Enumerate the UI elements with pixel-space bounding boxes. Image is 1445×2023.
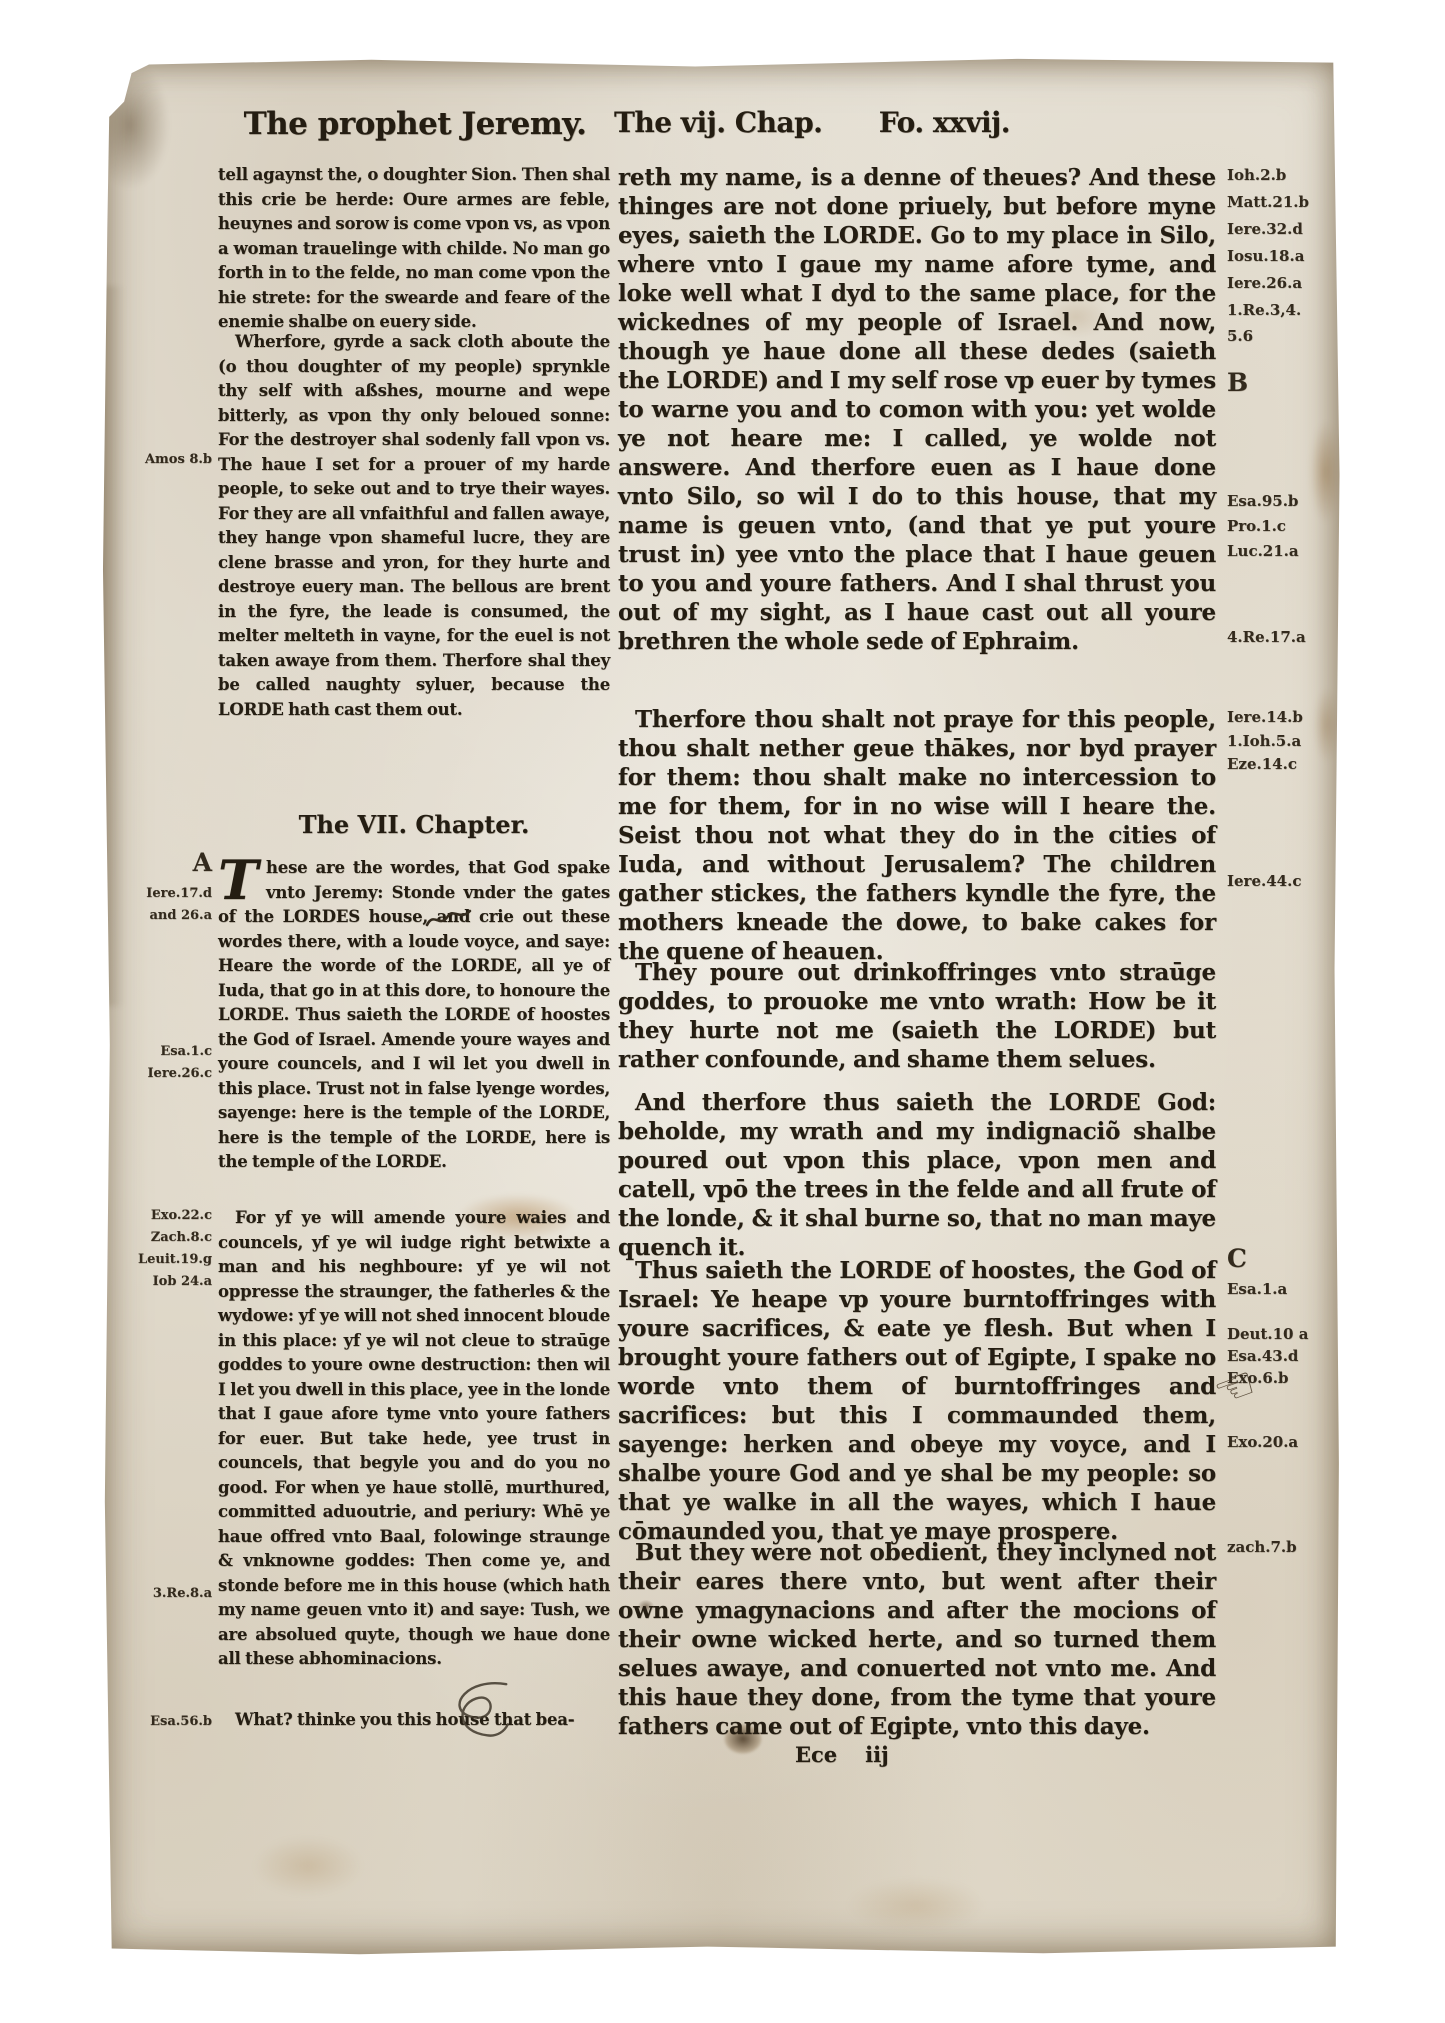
margin-note: 4.Re.17.a — [1227, 628, 1339, 646]
margin-note: Iere.26.a — [1227, 274, 1339, 292]
torn-corner-grime — [90, 60, 170, 190]
margin-note: Iere.17.d — [120, 886, 212, 901]
margin-note: Iere.32.d — [1227, 220, 1339, 238]
chapter-opening-paragraph: These are the wordes, that God spake vnt… — [218, 856, 610, 1175]
margin-note: 1.Re.3,4. — [1227, 301, 1339, 319]
margin-note: Pro.1.c — [1227, 517, 1339, 535]
margin-note: Amos 8.b — [120, 452, 212, 467]
margin-note: Eze.14.c — [1227, 755, 1339, 773]
section-letter: B — [1227, 368, 1339, 397]
right-column-paragraph: Thus saieth the LORDE of hoostes, the Go… — [618, 1256, 1216, 1546]
margin-note: Esa.1.c — [120, 1044, 212, 1059]
margin-note: 1.Ioh.5.a — [1227, 732, 1339, 750]
margin-note: and 26.a — [120, 908, 212, 923]
signature-word: Ece — [795, 1742, 837, 1767]
running-title-left: The prophet Jeremy. — [225, 106, 605, 142]
margin-note: Deut.10 a — [1227, 1325, 1339, 1343]
margin-note: Zach.8.c — [120, 1230, 212, 1245]
margin-note: Esa.1.a — [1227, 1280, 1339, 1298]
paragraph-text: hese are the wordes, that God spake vnto… — [218, 858, 610, 1171]
margin-note: 3.Re.8.a — [120, 1586, 212, 1601]
margin-note: Esa.95.b — [1227, 492, 1339, 510]
left-column-paragraph: Wherfore, gyrde a sack cloth aboute the … — [218, 330, 610, 722]
margin-note: Matt.21.b — [1227, 193, 1339, 211]
foxing-bottom-left — [253, 1836, 363, 1896]
right-column-paragraph: But they were not obedient, they inclyne… — [618, 1538, 1216, 1741]
section-letter: C — [1227, 1244, 1339, 1273]
margin-note: Ioh.2.b — [1227, 166, 1339, 184]
margin-note: Exo.22.c — [120, 1208, 212, 1223]
margin-note: Iere.44.c — [1227, 872, 1339, 890]
left-column-paragraph: tell agaynst the, o doughter Sion. Then … — [218, 163, 610, 335]
left-column-paragraph: For yf ye will amende youre waies and co… — [218, 1206, 610, 1672]
margin-note: Esa.56.b — [120, 1714, 212, 1729]
margin-note: Iob 24.a — [120, 1274, 212, 1289]
left-column-catchline: What? thinke you this house that bea- — [218, 1708, 610, 1733]
running-title-right: The vij. Chap. Fo. xxvij. — [614, 106, 1010, 139]
ink-squiggle-icon — [424, 904, 474, 934]
margin-note: Exo.20.a — [1227, 1433, 1339, 1451]
right-column-paragraph: reth my name, is a denne of theues? And … — [618, 163, 1216, 656]
margin-note: 5.6 — [1227, 327, 1339, 345]
photo-background: The prophet Jeremy. The vij. Chap. Fo. x… — [0, 0, 1445, 2023]
right-column-paragraph: And therfore thus saieth the LORDE God: … — [618, 1088, 1216, 1262]
foxing-bottom-middle — [846, 1878, 986, 1933]
section-letter: A — [120, 848, 212, 877]
ink-flourish-icon — [433, 1670, 528, 1755]
right-column-paragraph: Therfore thou shalt not praye for this p… — [618, 705, 1216, 966]
margin-note: Luc.21.a — [1227, 542, 1339, 560]
margin-note: Iosu.18.a — [1227, 247, 1339, 265]
chapter-heading: The VII. Chapter. — [218, 810, 610, 839]
margin-note: Iere.26.c — [120, 1066, 212, 1081]
signature-number: iij — [865, 1742, 889, 1767]
chapter-title: The vij. Chap. — [614, 106, 822, 139]
margin-note: Iere.14.b — [1227, 708, 1339, 726]
margin-note: zach.7.b — [1227, 1538, 1339, 1556]
margin-note: Leuit.19.g — [120, 1252, 212, 1267]
right-column-paragraph: They poure out drinkoffringes vnto straū… — [618, 958, 1216, 1074]
quire-signature: Ece iij — [795, 1742, 915, 1767]
folio-number: Fo. xxvij. — [879, 106, 1010, 139]
drop-cap: T — [218, 856, 266, 902]
